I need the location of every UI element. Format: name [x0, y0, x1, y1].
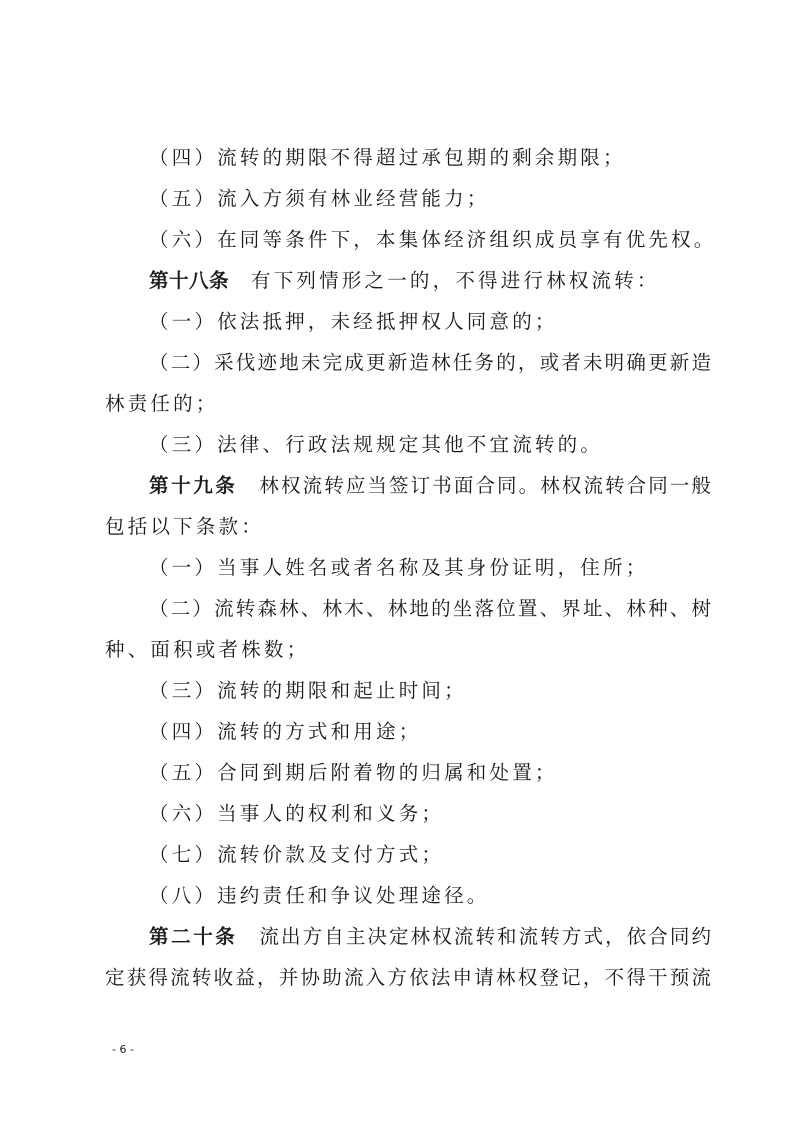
article-18: 第十八条有下列情形之一的，不得进行林权流转： [105, 260, 711, 301]
document-body: （四）流转的期限不得超过承包期的剩余期限； （五）流入方须有林业经营能力； （六… [105, 137, 711, 998]
article-20: 第二十条流出方自主决定林权流转和流转方式，依合同约 [105, 916, 711, 957]
clause-item: （五）流入方须有林业经营能力； [105, 178, 711, 219]
clause-item: （三）流转的期限和起止时间； [105, 670, 711, 711]
clause-item: （六）当事人的权利和义务； [105, 793, 711, 834]
clause-item-cont: 种、面积或者株数； [105, 629, 711, 670]
clause-item: （七）流转价款及支付方式； [105, 834, 711, 875]
clause-item: （六）在同等条件下，本集体经济组织成员享有优先权。 [105, 219, 711, 260]
clause-item: （三）法律、行政法规规定其他不宜流转的。 [105, 424, 711, 465]
clause-item: （一）依法抵押，未经抵押权人同意的； [105, 301, 711, 342]
article-text: 林权流转应当签订书面合同。林权流转合同一般 [259, 474, 711, 497]
clause-item: （二）流转森林、林木、林地的坐落位置、界址、林种、树 [105, 588, 711, 629]
article-title: 第十八条 [149, 269, 229, 292]
clause-item: （一）当事人姓名或者名称及其身份证明，住所； [105, 547, 711, 588]
article-text: 有下列情形之一的，不得进行林权流转： [251, 269, 660, 292]
page-number: - 6 - [112, 1043, 134, 1056]
clause-item: （五）合同到期后附着物的归属和处置； [105, 752, 711, 793]
clause-item: （八）违约责任和争议处理途径。 [105, 875, 711, 916]
article-text: 流出方自主决定林权流转和流转方式，依合同约 [259, 925, 711, 948]
article-text-cont: 包括以下条款： [105, 506, 711, 547]
clause-item-cont: 林责任的； [105, 383, 711, 424]
clause-item: （二）采伐迹地未完成更新造林任务的，或者未明确更新造 [105, 342, 711, 383]
article-title: 第十九条 [149, 474, 237, 497]
clause-item: （四）流转的方式和用途； [105, 711, 711, 752]
article-text-cont: 定获得流转收益，并协助流入方依法申请林权登记，不得干预流 [105, 957, 711, 998]
clause-item: （四）流转的期限不得超过承包期的剩余期限； [105, 137, 711, 178]
article-19: 第十九条林权流转应当签订书面合同。林权流转合同一般 [105, 465, 711, 506]
article-title: 第二十条 [149, 925, 237, 948]
